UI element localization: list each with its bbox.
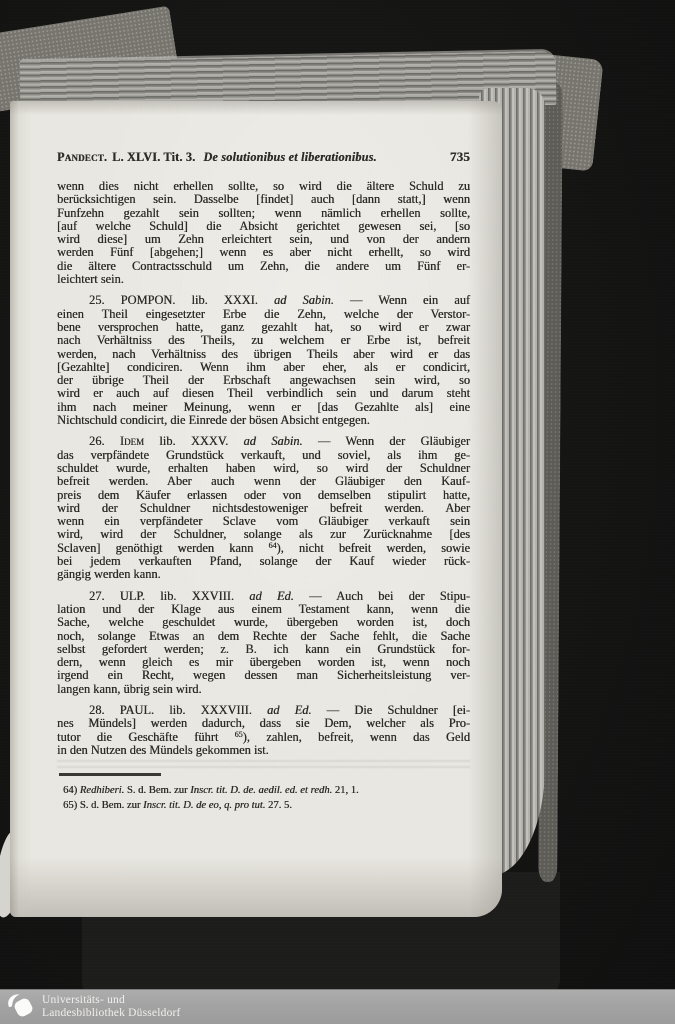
text-line: Sache, welche geschuldet wurde, übergebe… [57, 616, 470, 629]
text-line: wird er auch auf diesen Theil verbindlic… [57, 387, 470, 400]
text-line: in den Nutzen des Mündels gekommen ist. [57, 744, 470, 757]
text-line: ihm nach meiner Meinung, wenn er [das Ge… [57, 401, 470, 414]
text-line: leichtert sein. [57, 273, 470, 286]
text-line: wird der Schuldner nichtsdestoweniger be… [57, 502, 470, 515]
text-line: befreit werden. Aber auch wenn der Gläub… [57, 475, 470, 488]
text-line: 28. PAUL. lib. XXXVIII. ad Ed. — Die Sch… [57, 704, 470, 717]
text-line: bei jedem verkauften Pfand, solange der … [57, 555, 470, 568]
text-line: preis dem Käufer erlassen oder von demse… [57, 489, 470, 502]
text-line: Nichtschuld condicirt, die Einrede der b… [57, 414, 470, 427]
text-line: irgend ein Recht, wegen dessen man Siche… [57, 669, 470, 682]
text-line: [auf welche Schuld] die Absicht gerichte… [57, 220, 470, 233]
text-line: gängig werden kann. [57, 568, 470, 581]
text-line: Funfzehn gezahlt sein sollten; wenn näml… [57, 207, 470, 220]
paragraph: 28. PAUL. lib. XXXVIII. ad Ed. — Die Sch… [57, 704, 470, 757]
text-line: berücksichtigen sein. Dasselbe [findet] … [57, 193, 470, 206]
text-line: wird, wird der Schuldner, solange als zu… [57, 528, 470, 541]
header-reference: L. XLVI. Tit. 3. [112, 150, 195, 165]
library-footer-bar: Universitäts- und Landesbibliothek Düsse… [0, 989, 675, 1024]
body-paragraphs: wenn dies nicht erhellen sollte, so wird… [57, 180, 470, 757]
header-work-title: Pandect. [57, 150, 107, 165]
text-line: einen Theil eingesetzter Erbe die Zehn, … [57, 308, 470, 321]
text-line: 25. POMPON. lib. XXXI. ad Sabin. — Wenn … [57, 294, 470, 307]
paragraph: 25. POMPON. lib. XXXI. ad Sabin. — Wenn … [57, 294, 470, 427]
paragraph: 27. ULP. lib. XXVIII. ad Ed. — Auch bei … [57, 590, 470, 696]
text-line: bene versprochen hatte, ganz gezahlt hat… [57, 321, 470, 334]
text-line: Sclaven] genöthigt werden kann 64), nich… [57, 542, 470, 555]
paragraph: 26. Idem lib. XXXV. ad Sabin. — Wenn der… [57, 435, 470, 581]
text-line: werden, nach Verhältniss des übrigen The… [57, 348, 470, 361]
text-line: selbst gefordert werden; z. B. ich kann … [57, 643, 470, 656]
footnotes: 64) Redhiberi. S. d. Bem. zur Inscr. tit… [57, 784, 470, 813]
text-line: schuldet wurde, erhalten haben wird, so … [57, 462, 470, 475]
footnote: 64) Redhiberi. S. d. Bem. zur Inscr. tit… [63, 784, 470, 799]
text-line: die ältere Contractsschuld um Zehn, die … [57, 260, 470, 273]
text-line: noch, solange Etwas an dem Rechte der Sa… [57, 630, 470, 643]
paragraph: wenn dies nicht erhellen sollte, so wird… [57, 180, 470, 286]
text-line: [Gezahlte] condiciren. Wenn ihm aber ehe… [57, 361, 470, 374]
page-text-block: Pandect. L. XLVI. Tit. 3. De solutionibu… [57, 149, 470, 813]
library-name: Universitäts- und Landesbibliothek Düsse… [42, 994, 181, 1021]
text-line: langen kann, übrig sein wird. [57, 683, 470, 696]
ulb-duesseldorf-logo-icon [4, 992, 38, 1022]
text-line: wird diese] um Zehn erleichtert sein, un… [57, 233, 470, 246]
book-page: Pandect. L. XLVI. Tit. 3. De solutionibu… [10, 101, 502, 917]
text-line: der übrige Theil der Erbschaft angewachs… [57, 374, 470, 387]
text-line: das verpfändete Grundstück verkauft, und… [57, 449, 470, 462]
page-header: Pandect. L. XLVI. Tit. 3. De solutionibu… [57, 149, 470, 165]
text-line: 27. ULP. lib. XXVIII. ad Ed. — Auch bei … [57, 590, 470, 603]
text-line: wenn ein verpfändeter Sclave vom Gläubig… [57, 515, 470, 528]
text-line: lation und der Klage aus einem Testament… [57, 603, 470, 616]
text-line: nach Verhältniss des Theils, zu welchem … [57, 334, 470, 347]
footnote: 65) S. d. Bem. zur Inscr. tit. D. de eo,… [63, 799, 470, 814]
scanned-book-photo: Pandect. L. XLVI. Tit. 3. De solutionibu… [0, 0, 675, 1024]
text-line: nes Mündels] werden dadurch, dass sie De… [57, 717, 470, 730]
page-number: 735 [450, 149, 470, 165]
text-line: 26. Idem lib. XXXV. ad Sabin. — Wenn der… [57, 435, 470, 448]
library-name-line1: Universitäts- und [42, 994, 181, 1008]
text-line: tutor die Geschäfte führt 65), zahlen, b… [57, 731, 470, 744]
footnote-rule [59, 773, 161, 776]
library-name-line2: Landesbibliothek Düsseldorf [42, 1007, 181, 1021]
header-latin-title: De solutionibus et liberationibus. [203, 150, 376, 165]
ink-bleedthrough [57, 760, 470, 770]
text-line: wenn dies nicht erhellen sollte, so wird… [57, 180, 470, 193]
text-line: dern, wenn gleich es mir übergeben worde… [57, 656, 470, 669]
text-line: werden Fünf [abgehen;] wenn es aber nich… [57, 246, 470, 259]
